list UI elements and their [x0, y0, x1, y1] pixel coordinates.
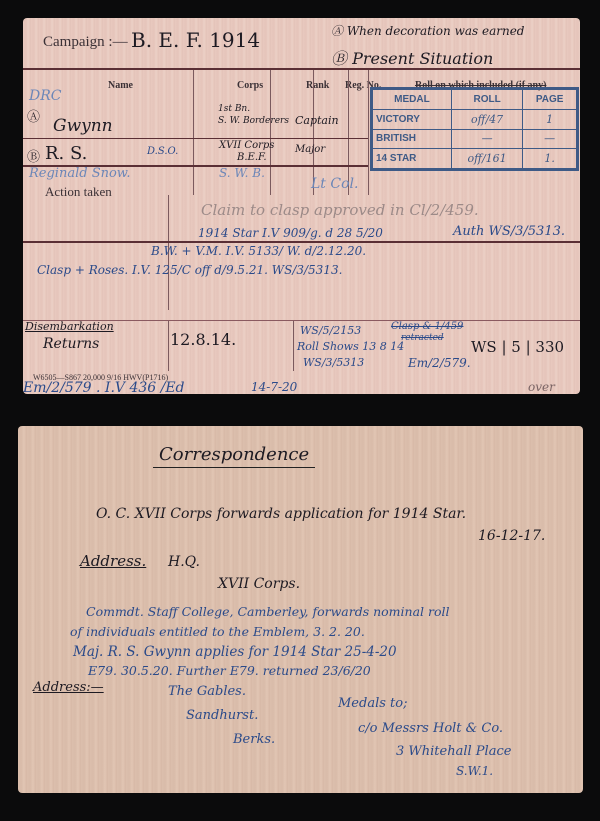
ref-em-2-579: Em/2/579.: [408, 356, 471, 370]
address-hq: H.Q.: [168, 554, 200, 570]
header-corps: Corps: [237, 80, 263, 91]
address2-line-2: Sandhurst.: [186, 708, 258, 723]
address2-label: Address:—: [33, 680, 104, 695]
medals-line-1: c/o Messrs Holt & Co.: [358, 721, 503, 736]
ref-ws-5-330: WS | 5 | 330: [471, 338, 564, 356]
col-divider: [368, 70, 369, 195]
medals-line-2: 3 Whitehall Place: [396, 744, 511, 759]
stamp-roll-victory: off/47: [451, 109, 522, 129]
initials: R. S.: [45, 143, 87, 164]
corresp-line-4: Maj. R. S. Gwynn applies for 1914 Star 2…: [73, 644, 397, 660]
full-name: Reginald Snow.: [29, 166, 131, 181]
stamp-roll-british: —: [451, 129, 522, 149]
stamp-header-page: PAGE: [523, 90, 577, 110]
medals-label: Medals to;: [338, 696, 407, 711]
corps-a-line1: 1st Bn.: [218, 104, 250, 114]
stamp-medal-victory: VICTORY: [373, 109, 452, 129]
corps-b-line2: B.E.F.: [237, 152, 267, 163]
corresp-line-3: of individuals entitled to the Emblem, 3…: [70, 624, 365, 639]
header-name: Name: [108, 80, 133, 91]
entry-1914-star: 1914 Star I.V 909/g. d 28 5/20: [198, 226, 383, 240]
note-a: Ⓐ When decoration was earned: [331, 22, 524, 39]
decoration: D.S.O.: [147, 146, 178, 157]
stamp-page-victory: 1: [523, 109, 577, 129]
footer-ws-date: 14-7-20: [251, 380, 297, 394]
stamp-page-british: —: [523, 129, 577, 149]
address-corps: XVII Corps.: [218, 576, 300, 592]
roll-shows: Roll Shows 13 8 14: [297, 340, 404, 353]
col-divider: [193, 70, 194, 195]
campaign-value: B. E. F. 1914: [131, 28, 260, 52]
rank-b: Major: [295, 144, 325, 155]
corps-b-line1: XVII Corps: [219, 140, 274, 151]
over-note: over: [528, 380, 555, 394]
stamp-medal-british: BRITISH: [373, 129, 452, 149]
rank-later: Lt Col.: [311, 176, 358, 192]
row-divider: [23, 138, 368, 139]
medal-index-card-front: Campaign :— B. E. F. 1914 Ⓐ When decorat…: [23, 18, 580, 394]
col-divider: [270, 70, 271, 195]
corresp-line-2: Commdt. Staff College, Camberley, forwar…: [86, 604, 450, 619]
header-rule: [23, 68, 580, 70]
note-b: Ⓑ Present Situation: [331, 46, 493, 69]
corps-a-line2: S. W. Borderers: [218, 116, 289, 126]
medal-roll-stamp: MEDAL ROLL PAGE VICTORY off/47 1 BRITISH…: [370, 87, 579, 171]
struck-note: retracted: [401, 333, 444, 343]
correspondence-title: Correspondence: [153, 444, 315, 468]
ref-ws-5-2153: WS/5/2153: [300, 324, 361, 337]
marker-a: Ⓐ: [27, 106, 40, 125]
stamp-medal-14star: 14 STAR: [373, 149, 452, 169]
address2-line-1: The Gables.: [168, 684, 246, 699]
stamp-header-medal: MEDAL: [373, 90, 452, 110]
initials-annotation: DRC: [29, 88, 61, 104]
entry-auth: Auth WS/3/5313.: [453, 224, 565, 239]
campaign-label: Campaign :—: [43, 34, 128, 51]
ref-ws-3-5313: WS/3/5313: [303, 356, 364, 369]
corresp-line-1: O. C. XVII Corps forwards application fo…: [96, 506, 466, 522]
pencil-note: Claim to clasp approved in Cl/2/459.: [201, 201, 479, 219]
returns-label: Returns: [43, 336, 99, 352]
stamp-roll-14star: off/161: [451, 149, 522, 169]
address-label: Address.: [80, 552, 146, 570]
footer-entry: Em/2/579 . I.V 436 /Ed: [23, 380, 185, 394]
disembarkation-date: 12.8.14.: [170, 330, 236, 349]
rank-a: Captain: [295, 114, 339, 127]
marker-b: Ⓑ: [27, 146, 40, 165]
stamp-header-roll: ROLL: [451, 90, 522, 110]
stamp-page-14star: 1.: [523, 149, 577, 169]
entry-bw-vm: B.W. + V.M. I.V. 5133/ W. d/2.12.20.: [151, 244, 366, 258]
address2-line-3: Berks.: [233, 732, 275, 747]
surname: Gwynn: [53, 116, 113, 136]
struck-ref: Clasp & 1/459: [391, 321, 463, 332]
col-divider: [293, 321, 294, 371]
medal-index-card-back: Correspondence O. C. XVII Corps forwards…: [18, 426, 583, 793]
corresp-line-5: E79. 30.5.20. Further E79. returned 23/6…: [88, 663, 371, 678]
action-rule: [23, 241, 580, 243]
entry-clasp: Clasp + Roses. I.V. 125/C off d/9.5.21. …: [37, 263, 342, 277]
disembarkation-label: Disembarkation: [25, 320, 114, 333]
corps-abbrev: S. W. B.: [219, 166, 265, 180]
header-rank: Rank: [306, 80, 329, 91]
action-taken-label: Action taken: [45, 184, 112, 200]
corresp-line-1-date: 16-12-17.: [478, 528, 545, 544]
medals-line-3: S.W.1.: [456, 764, 493, 778]
col-divider: [168, 321, 169, 371]
